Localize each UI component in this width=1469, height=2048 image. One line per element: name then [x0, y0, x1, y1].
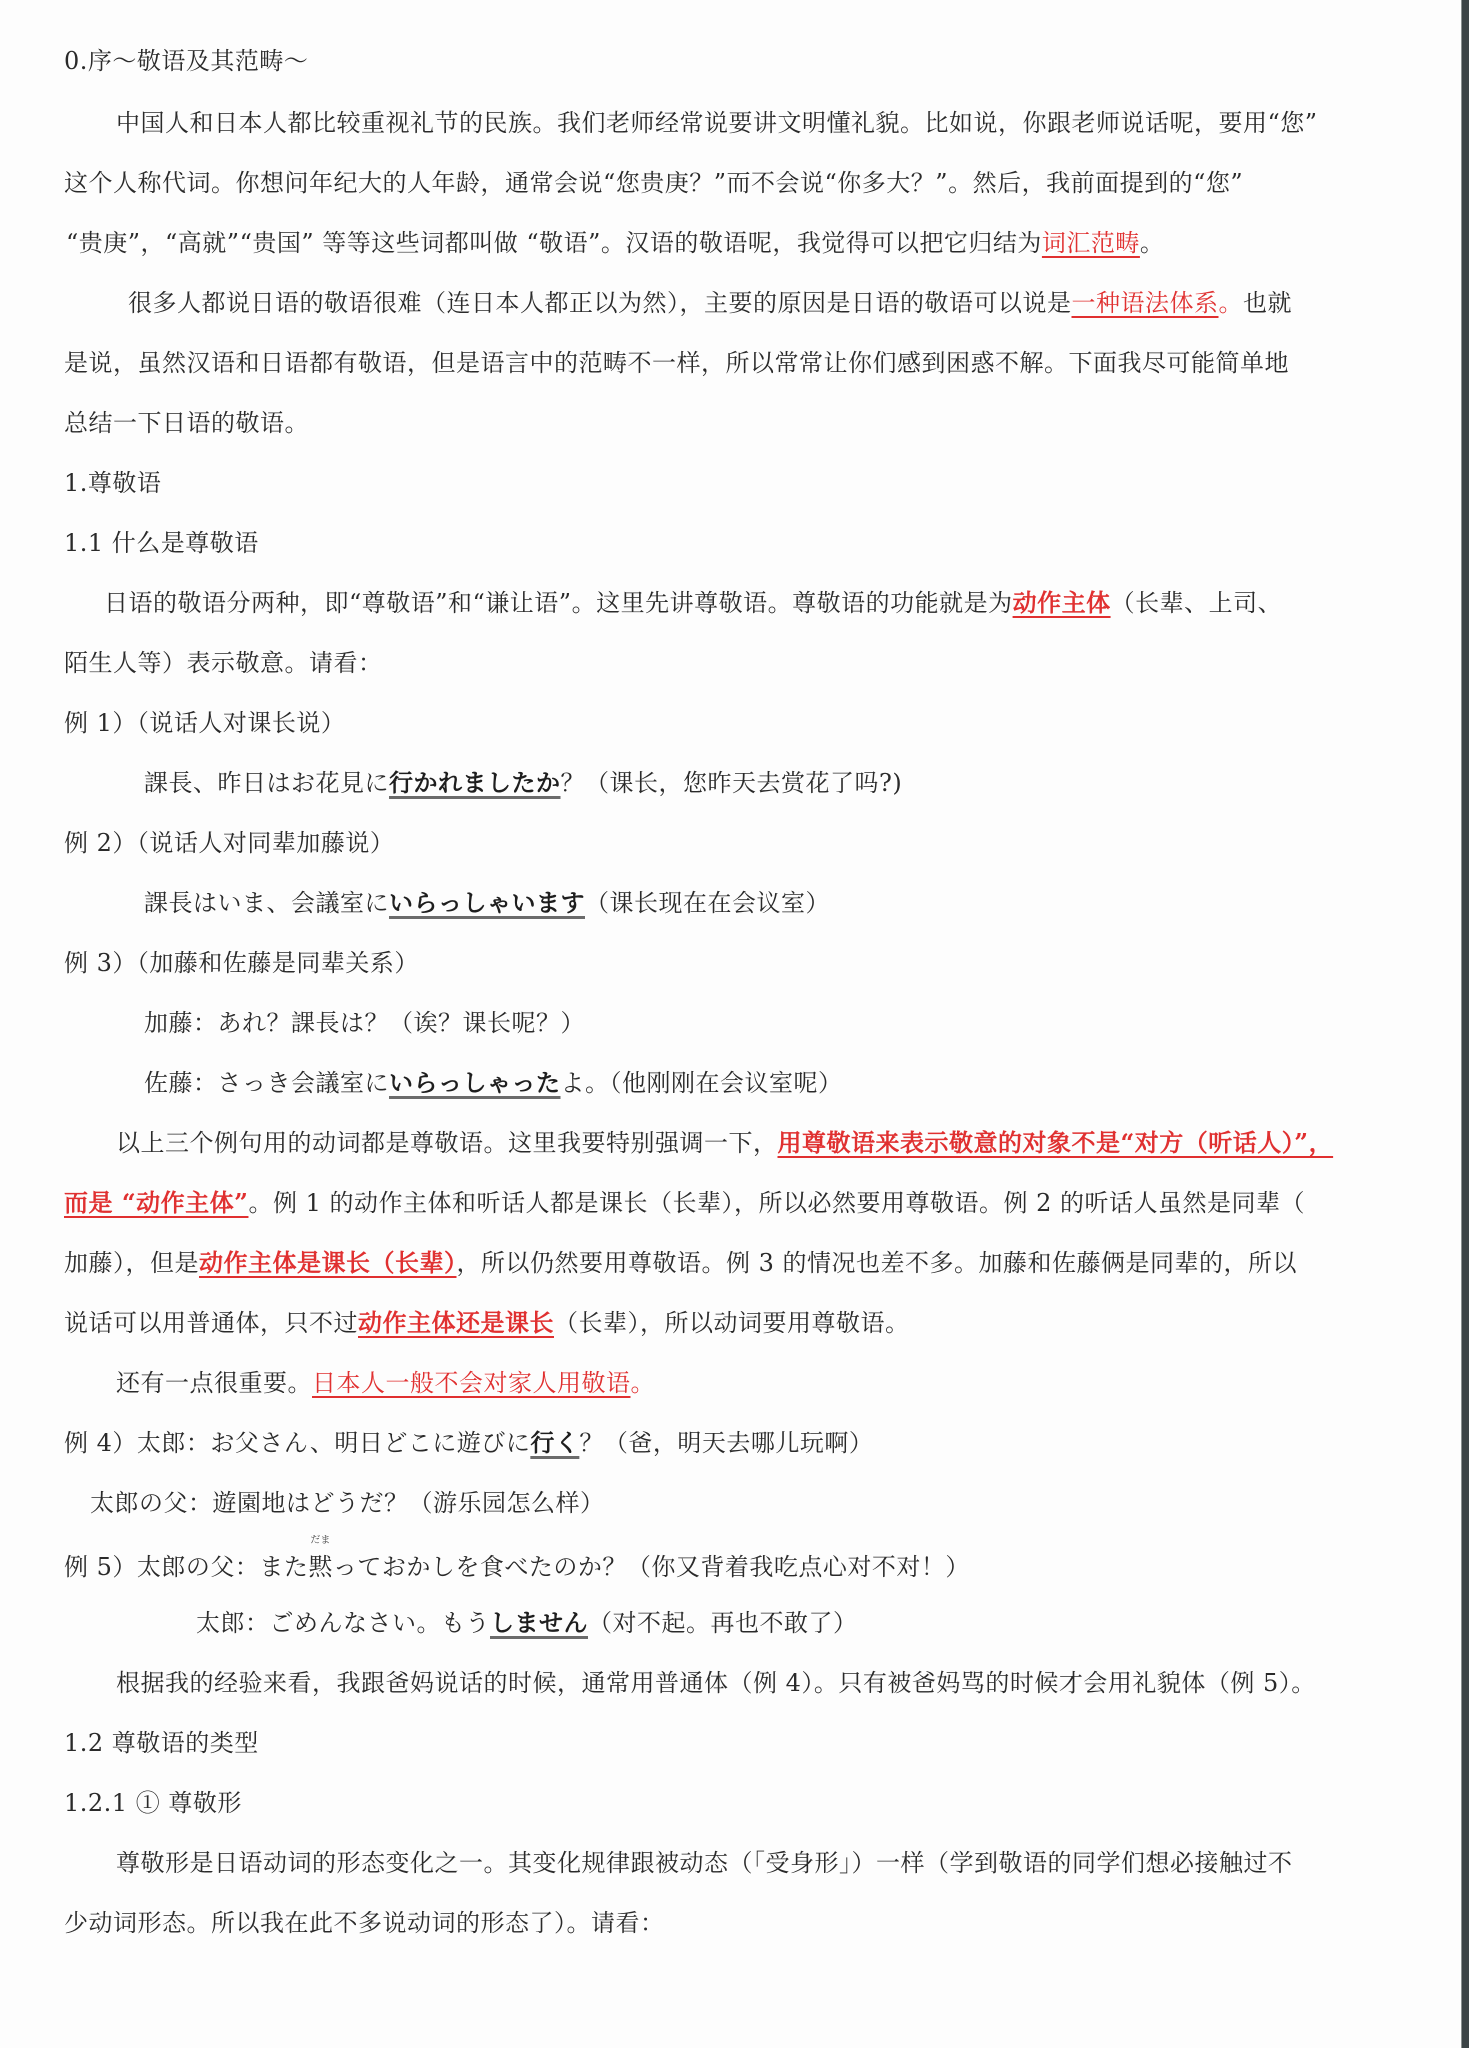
example-3-line-b: 佐藤：さっき会議室にいらっしゃったよ。（他刚刚在会议室呢） [144, 1066, 843, 1100]
example-3-label: 例 3）（加藤和佐藤是同辈关系） [64, 946, 419, 980]
paragraph-text: 还有一点很重要。 [116, 1369, 312, 1397]
paragraph-text: 是说，虽然汉语和日语都有敬语，但是语言中的范畴不一样，所以常常让你们感到困惑不解… [64, 349, 1289, 377]
ruby-annotated-kanji: だま黙 [308, 1550, 333, 1584]
section-1-2-1-line1: 尊敬形是日语动词的形态变化之一。其变化规律跟被动态（「受身形」）一样（学到敬语的… [116, 1846, 1293, 1880]
paragraph-text: 很多人都说日语的敬语很难（连日本人都正以为然），主要的原因是日语的敬语可以说是 [128, 289, 1072, 317]
document-page: 0.序～敬语及其范畴～ 中国人和日本人都比较重视礼节的民族。我们老师经常说要讲文… [0, 0, 1462, 2048]
intro-line1: 日语的敬语分两种，即“尊敬语”和“谦让语”。这里先讲尊敬语。尊敬语的功能就是为动… [104, 586, 1282, 620]
example-text: 課長、昨日はお花見に [144, 769, 389, 797]
honorific-verb-underlined: いらっしゃった [389, 1068, 561, 1097]
example-translation: よ。（他刚刚在会议室呢） [561, 1069, 843, 1097]
heading-text: 1.2 尊敬语的类型 [64, 1729, 259, 1757]
paragraph-text: 日语的敬语分两种，即“尊敬语”和“谦让语”。这里先讲尊敬语。尊敬语的功能就是为 [104, 589, 1013, 617]
kanji-base: 黙 [308, 1553, 333, 1581]
paragraph-text: 这个人称代词。你想问年纪大的人年龄，通常会说“您贵庚？”而不会说“你多大？”。然… [64, 169, 1243, 197]
heading-text: 1.1 什么是尊敬语 [64, 529, 259, 557]
example-text: 加藤：あれ？課長は？（诶？课长呢？） [144, 1009, 585, 1037]
section-1-heading: 1.尊敬语 [64, 466, 161, 500]
paragraph-text: 以上三个例句用的动词都是尊敬语。这里我要特别强调一下， [116, 1129, 778, 1157]
example-1-label: 例 1）（说话人对课长说） [64, 706, 345, 740]
example-translation: っておかしを食べたのか？（你又背着我吃点心对不对！） [333, 1553, 970, 1581]
family-note: 还有一点很重要。日本人一般不会对家人用敬语。 [116, 1366, 655, 1400]
paragraph-text: （长辈、上司、 [1111, 589, 1283, 617]
plain-verb-underlined: 行く [530, 1428, 579, 1457]
heading-text: 1.2.1 ① 尊敬形 [64, 1789, 242, 1817]
explain-line3: 加藤），但是动作主体是课长（长辈），所以仍然要用尊敬语。例 3 的情况也差不多。… [64, 1246, 1297, 1280]
example-2-sentence: 課長はいま、会議室にいらっしゃいます（课长现在在会议室） [144, 886, 830, 920]
section-1-2-heading: 1.2 尊敬语的类型 [64, 1726, 259, 1760]
para1-line2: 这个人称代词。你想问年纪大的人年龄，通常会说“您贵庚？”而不会说“你多大？”。然… [64, 166, 1243, 200]
heading-text: 1.尊敬语 [64, 469, 161, 497]
paragraph-text: 说话可以用普通体，只不过 [64, 1309, 358, 1337]
paragraph-text: （长辈），所以动词要用尊敬语。 [554, 1309, 910, 1337]
paragraph-text: “贵庚”，“高就”“贵国” 等等这些词都叫做 “敬语”。汉语的敬语呢，我觉得可以… [66, 229, 1042, 257]
example-text: 例 5）太郎の父：また [64, 1553, 308, 1581]
section-1-2-1-line2: 少动词形态。所以我在此不多说动词的形态了）。请看： [64, 1906, 665, 1940]
example-label: 例 1）（说话人对课长说） [64, 709, 345, 737]
emphasis-period: 。 [1219, 289, 1244, 317]
experience-line: 根据我的经验来看，我跟爸妈说话的时候，通常用普通体（例 4）。只有被爸妈骂的时候… [116, 1666, 1316, 1700]
emphasis-red-action-subject: 动作主体 [1013, 588, 1111, 617]
example-label: 例 3）（加藤和佐藤是同辈关系） [64, 949, 419, 977]
paragraph-text: 。例 1 的动作主体和听话人都是课长（长辈），所以必然要用尊敬语。例 2 的听话… [248, 1189, 1305, 1217]
para2-line1: 很多人都说日语的敬语很难（连日本人都正以为然），主要的原因是日语的敬语可以说是一… [128, 286, 1292, 320]
example-2-label: 例 2）（说话人对同辈加藤说） [64, 826, 394, 860]
para1-line3: “贵庚”，“高就”“贵国” 等等这些词都叫做 “敬语”。汉语的敬语呢，我觉得可以… [66, 226, 1164, 260]
paragraph-text: 中国人和日本人都比较重视礼节的民族。我们老师经常说要讲文明懂礼貌。比如说，你跟老… [116, 109, 1318, 137]
explain-line4: 说话可以用普通体，只不过动作主体还是课长（长辈），所以动词要用尊敬语。 [64, 1306, 910, 1340]
example-translation: ？（爸，明天去哪儿玩啊） [579, 1429, 873, 1457]
para2-line3: 总结一下日语的敬语。 [64, 406, 309, 440]
example-4-reply: 太郎の父：遊園地はどうだ？（游乐园怎么样） [90, 1486, 605, 1520]
paragraph-text: 根据我的经验来看，我跟爸妈说话的时候，通常用普通体（例 4）。只有被爸妈骂的时候… [116, 1669, 1316, 1697]
example-1-sentence: 課長、昨日はお花見に行かれましたか？（课长，您昨天去赏花了吗?) [144, 766, 902, 800]
para1-line1: 中国人和日本人都比较重视礼节的民族。我们老师经常说要讲文明懂礼貌。比如说，你跟老… [116, 106, 1318, 140]
furigana: だま [310, 1536, 330, 1546]
paragraph-text: ，所以仍然要用尊敬语。例 3 的情况也差不多。加藤和佐藤俩是同辈的，所以 [457, 1249, 1298, 1277]
example-5-line: 例 5）太郎の父：まただま黙っておかしを食べたのか？（你又背着我吃点心对不对！） [64, 1550, 970, 1584]
example-label: 例 2）（说话人对同辈加藤说） [64, 829, 394, 857]
paragraph-text: 。 [1140, 229, 1165, 257]
example-5-reply: 太郎：ごめんなさい。もうしません（对不起。再也不敢了） [196, 1606, 858, 1640]
emphasis-red-subject-still-manager: 动作主体还是课长 [358, 1308, 554, 1337]
example-3-line-a: 加藤：あれ？課長は？（诶？课长呢？） [144, 1006, 585, 1040]
paragraph-text: 总结一下日语的敬语。 [64, 409, 309, 437]
emphasis-red-grammar-system: 一种语法体系 [1072, 289, 1219, 317]
honorific-verb-underlined: 行かれましたか [389, 768, 561, 797]
section-1-1-heading: 1.1 什么是尊敬语 [64, 526, 259, 560]
example-translation: ？（课长，您昨天去赏花了吗?) [561, 769, 903, 797]
example-translation: （对不起。再也不敢了） [588, 1609, 858, 1637]
emphasis-red-but-action-subject: 而是 “动作主体” [64, 1188, 248, 1217]
emphasis-red-lexical-category: 词汇范畴 [1042, 229, 1140, 257]
paragraph-text: 也就 [1243, 289, 1292, 317]
explain-line1: 以上三个例句用的动词都是尊敬语。这里我要特别强调一下，用尊敬语来表示敬意的对象不… [116, 1126, 1333, 1160]
emphasis-red-subject-is-manager: 动作主体是课长（长辈） [199, 1248, 457, 1277]
paragraph-text: 陌生人等）表示敬意。请看： [64, 649, 383, 677]
explain-line2: 而是 “动作主体”。例 1 的动作主体和听话人都是课长（长辈），所以必然要用尊敬… [64, 1186, 1305, 1220]
example-text: 太郎：ごめんなさい。もう [196, 1609, 490, 1637]
window-edge-strip [1461, 0, 1469, 2048]
intro-line2: 陌生人等）表示敬意。请看： [64, 646, 383, 680]
section-0-heading: 0.序～敬语及其范畴～ [64, 44, 308, 78]
example-text: 例 4）太郎：お父さん、明日どこに遊びに [64, 1429, 530, 1457]
honorific-verb-underlined: いらっしゃいます [389, 888, 585, 917]
example-4-line: 例 4）太郎：お父さん、明日どこに遊びに行く？（爸，明天去哪儿玩啊） [64, 1426, 873, 1460]
emphasis-red-no-keigo-family: 日本人一般不会对家人用敬语 [312, 1369, 631, 1397]
paragraph-text: 加藤），但是 [64, 1249, 199, 1277]
paragraph-text: 少动词形态。所以我在此不多说动词的形态了）。请看： [64, 1909, 665, 1937]
emphasis-period: 。 [631, 1369, 656, 1397]
example-text: 太郎の父：遊園地はどうだ？（游乐园怎么样） [90, 1489, 605, 1517]
heading-text: 0.序～敬语及其范畴～ [64, 47, 308, 75]
section-1-2-1-heading: 1.2.1 ① 尊敬形 [64, 1786, 242, 1820]
example-text: 課長はいま、会議室に [144, 889, 389, 917]
example-text: 佐藤：さっき会議室に [144, 1069, 389, 1097]
paragraph-text: 尊敬形是日语动词的形态变化之一。其变化规律跟被动态（「受身形」）一样（学到敬语的… [116, 1849, 1293, 1877]
emphasis-red-not-listener: 用尊敬语来表示敬意的对象不是“对方（听话人）”， [778, 1128, 1334, 1157]
polite-verb-underlined: しません [490, 1608, 588, 1637]
example-translation: （课长现在在会议室） [585, 889, 830, 917]
para2-line2: 是说，虽然汉语和日语都有敬语，但是语言中的范畴不一样，所以常常让你们感到困惑不解… [64, 346, 1289, 380]
